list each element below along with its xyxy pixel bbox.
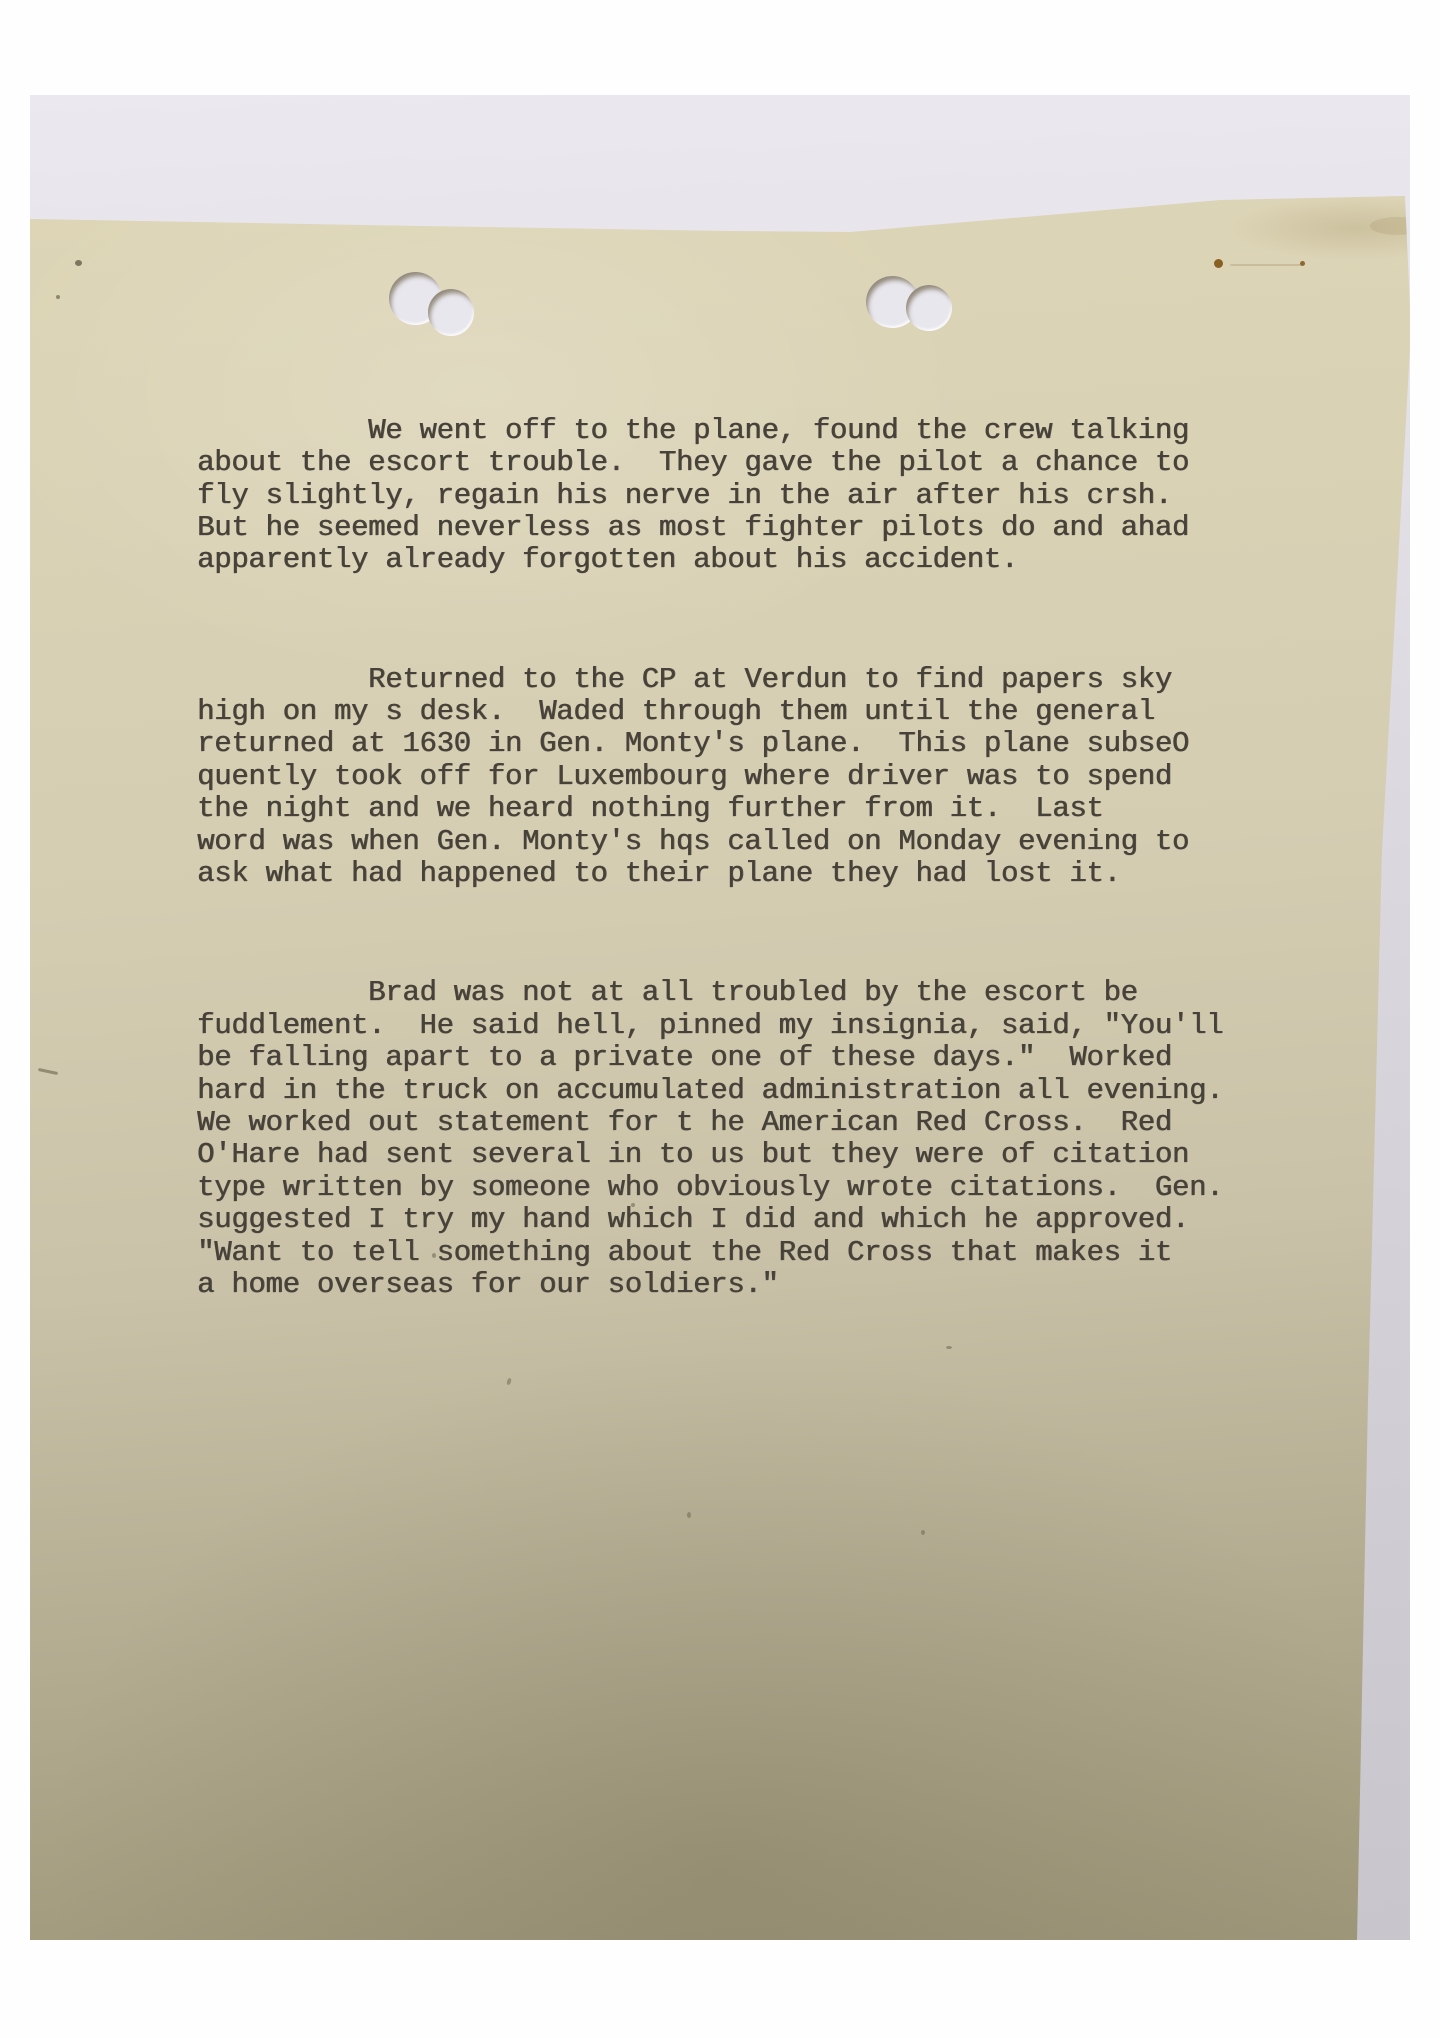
paper-scratch — [1230, 264, 1302, 266]
typewritten-text: We went off to the plane, found the crew… — [197, 350, 1337, 1388]
page-scan: We went off to the plane, found the crew… — [0, 0, 1440, 2038]
paper-speck — [687, 1512, 691, 1518]
hole-punch-right-circle-2 — [906, 285, 952, 331]
paragraph-2: Returned to the CP at Verdun to find pap… — [197, 664, 1337, 891]
hole-punch-left-circle-2 — [428, 289, 474, 336]
paragraph-1: We went off to the plane, found the crew… — [197, 415, 1337, 577]
paper-speck — [56, 295, 60, 299]
document-photo: We went off to the plane, found the crew… — [30, 95, 1410, 1940]
paper-speck — [75, 260, 82, 266]
paper-speck — [921, 1530, 925, 1535]
paper-scratch — [38, 1068, 58, 1075]
paper-speck — [432, 1253, 436, 1258]
paper-speck — [946, 1346, 952, 1349]
paper-speck — [631, 1203, 635, 1207]
paper-sheet: We went off to the plane, found the crew… — [30, 95, 1410, 1940]
paragraph-3: Brad was not at all troubled by the esco… — [197, 977, 1337, 1301]
paper-speck — [1214, 259, 1223, 268]
paper-stain — [1370, 217, 1410, 235]
